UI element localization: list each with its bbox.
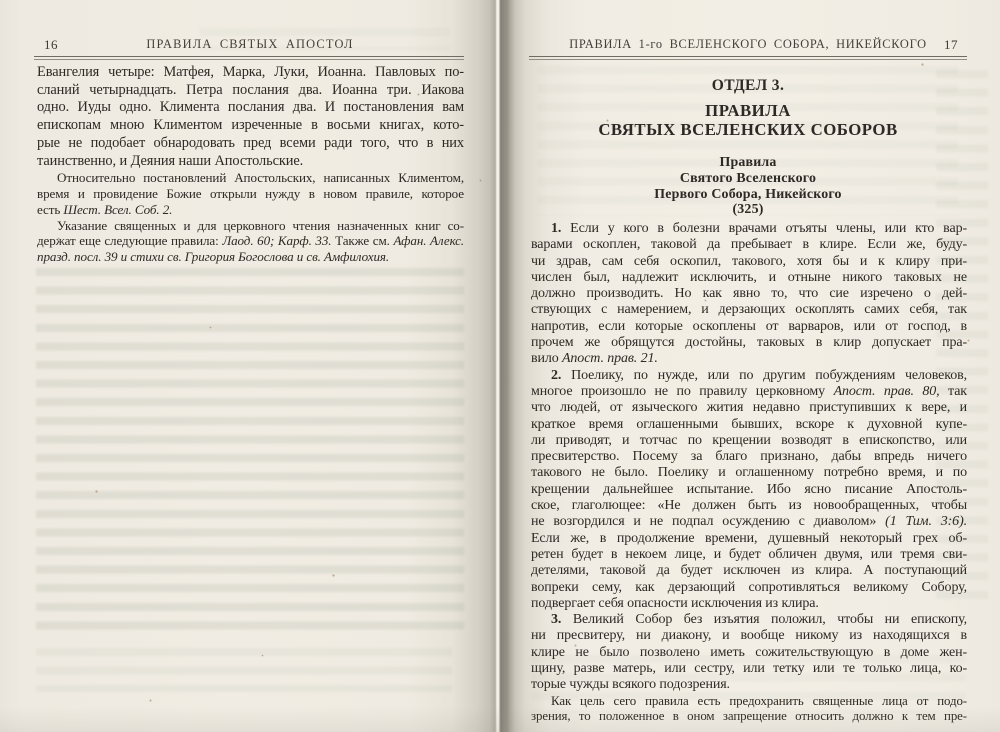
title-line: (325) [530,202,966,218]
text-line: не возгордился и не подпал осуждению с д… [531,514,967,530]
text-line: Евангелия четыре: Матфея, Марка, Луки, И… [37,64,464,82]
text-line: клире не было позволено иметь сожительст… [531,645,967,661]
text-line: числен был, надлежит исключить, и отныне… [531,270,967,286]
title-line: СВЯТЫХ ВСЕЛЕНСКИХ СОБОРОВ [530,120,966,139]
paragraph: Указание священных и для церковного чтен… [37,218,464,265]
paragraph: Относительно постановлений Апостольских,… [37,170,464,217]
text-line: такового не было. Поелику и оглашенному … [531,465,967,481]
text-line: краткое время оглашенными бывших, вскоре… [531,417,967,433]
paragraph: Как цель сего правила есть предохранить … [531,694,967,725]
text-line: Относительно постановлений Апостольских,… [37,170,464,186]
text-line: подвергает себя опасности исключения из … [531,596,967,612]
text-line: торые чужды всякого подозрения. [531,677,967,693]
text-line: ствующих с намерением, и дерзающих оскоп… [531,302,967,318]
running-header-left: ПРАВИЛА СВЯТЫХ АПОСТОЛ [36,37,464,52]
text-line: ли приводят, и тотчас по крещении возвод… [531,433,967,449]
header-rule-left [34,56,464,60]
paragraph: Евангелия четыре: Матфея, Марка, Луки, И… [37,64,464,170]
header-rule-right [529,56,967,60]
text-line: 2. Поелику, по нужде, или по другим побу… [531,368,967,384]
text-line: одно. Иуды одно. Климента послания два. … [37,99,464,117]
paragraph: 3. Великий Собор без изъятия положил, чт… [531,612,967,693]
text-line: 1. Если у кого в болезни врачами отъяты … [531,221,967,237]
title-line: Святого Вселенского [530,171,966,187]
text-line: напротив, если которые оскоплены от варв… [531,319,967,335]
text-line: 3. Великий Собор без изъятия положил, чт… [531,612,967,628]
text-line: время и провидение Божие открыли нужду в… [37,186,464,202]
text-line: щину, разве матерь, или сестру, или тетк… [531,661,967,677]
text-line: многое произошло не по правилу церковном… [531,384,967,400]
main-title: ПРАВИЛАСВЯТЫХ ВСЕЛЕНСКИХ СОБОРОВ [530,101,966,139]
book-spread: 16 ПРАВИЛА СВЯТЫХ АПОСТОЛ ПРАВИЛА 1-го В… [0,0,1000,732]
text-line: держат еще следующие правила: Лаод. 60; … [37,233,464,249]
council-subtitle: ПравилаСвятого ВселенскогоПервого Собора… [530,155,966,218]
paper-speckles [0,0,1,1]
text-line: чи здрав, сам себя оскопил, такового, хо… [531,254,967,270]
text-line: Как цель сего правила есть предохранить … [531,694,967,709]
text-line: пресвитерство. Посему за благо признано,… [531,449,967,465]
text-line: прочем же обрящутся достойны, таковых в … [531,335,967,351]
title-line: Правила [530,155,966,171]
text-line: рые не подобает обнародовать пред всеми … [37,135,464,153]
text-line: сланий четырнадцать. Петра послания два.… [37,82,464,100]
text-line: детелями, таковой да будет исключен из к… [531,563,967,579]
right-page-body: 1. Если у кого в болезни врачами отъяты … [531,221,967,724]
text-line: вопреки сему, как дерзающий сопротивлять… [531,580,967,596]
bleed-through-text [36,648,452,692]
text-line: должно производить. Но как явно то, что … [531,286,967,302]
text-line: есть Шест. Всел. Соб. 2. [37,202,464,218]
paragraph: 2. Поелику, по нужде, или по другим побу… [531,368,967,612]
text-line: вило Апост. прав. 21. [531,351,967,367]
text-line: Если же, в продолжение времени, душевный… [531,531,967,547]
text-line: зрения, то положенное в оном запрещение … [531,709,967,724]
left-page-body: Евангелия четыре: Матфея, Марка, Луки, И… [37,64,464,265]
paragraph: 1. Если у кого в болезни врачами отъяты … [531,221,967,368]
text-line: крещении дальнейшее испытание. Ибо ясно … [531,482,967,498]
section-heading: ОТДЕЛ 3. [530,77,966,95]
text-line: Указание священных и для церковного чтен… [37,218,464,234]
text-line: ни пресвитеру, ни диакону, и вообще нико… [531,628,967,644]
title-line: ПРАВИЛА [530,101,966,120]
text-line: таинственно, и Деяния наши Апостольские. [37,153,464,171]
text-line: ретен будет в некоем лице, и будет облич… [531,547,967,563]
title-line: Первого Собора, Никейского [530,187,966,203]
text-line: епископам мною Климентом изреченные в во… [37,117,464,135]
bleed-through-text [36,268,464,640]
page-number-right: 17 [944,37,958,53]
text-line: ское, глаголющее: «Не должен быть из нов… [531,498,967,514]
text-line: празд. посл. 39 и стихи св. Григория Бог… [37,249,464,265]
text-line: варами оскоплен, таковой да пребывает в … [531,237,967,253]
text-line: что людей, от языческого жития недавно п… [531,400,967,416]
running-header-right: ПРАВИЛА 1-го ВСЕЛЕНСКОГО СОБОРА, НИКЕЙСК… [530,37,966,52]
